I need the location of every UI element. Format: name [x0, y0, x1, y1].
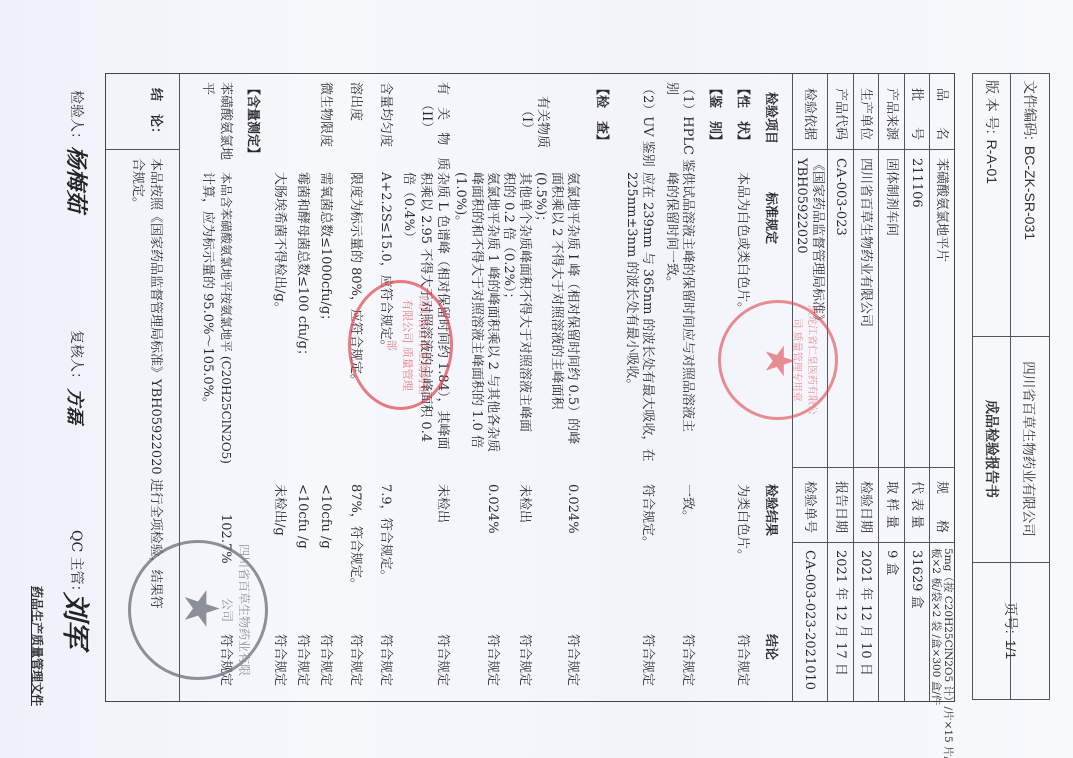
related2-label1: 有 关 物 质 [436, 82, 449, 174]
col-result: 检验结果 [764, 484, 777, 536]
assay-standard1: 本品含苯磺酸氨氯地平按氨氯地平 (C20H25ClN2O5) [220, 172, 232, 464]
rel1-std-line: 氨氯地平杂质 I 峰（相对保留时间约 0.5）的峰 [566, 172, 579, 444]
dissolution-conclusion: 符合规定 [349, 634, 362, 686]
test-date-value: 2021 年 12 月 10 日 [859, 550, 872, 676]
page-label: 页号: [1001, 602, 1021, 634]
microbial-conclusion-b: 符合规定 [296, 634, 309, 686]
rel1-std-line: (0.5%)； [534, 172, 547, 228]
related2-result: 未检出 [436, 484, 449, 523]
assay-header: 【含量测定】 [246, 82, 259, 160]
col-item: 检验项目 [764, 92, 777, 144]
product-code-label: 产品代码 [834, 88, 847, 140]
dissolution-result: 87%，符合规定。 [349, 484, 362, 591]
assay-label1: 苯磺酸氨氯地 [219, 82, 232, 160]
related1-result-a: 0.024% [566, 484, 579, 534]
scanned-document-stage: 文件编码: BC-ZK-SR-031 版 本 号: R-A-01 四川省百草生物… [0, 0, 1073, 758]
uniformity-result: 7.9，符合规定。 [379, 484, 392, 583]
assay-result: 102.7% [219, 514, 232, 564]
inspection-report-page: 文件编码: BC-ZK-SR-031 版 本 号: R-A-01 四川省百草生物… [0, 0, 1073, 758]
related1-label2: （I） [520, 104, 533, 135]
assay-conclusion: 符合规定 [219, 634, 232, 686]
rel2-std-line: 倍（0.4%） [402, 172, 415, 244]
related1-result-c: 0.024% [486, 484, 499, 534]
test-no-value: CA-003-023-2021010 [803, 550, 816, 690]
basis-line2: YBH05922020 [795, 158, 808, 254]
inspection-table: 品 名 苯磺酸氨氯地平片 规 格 5mg（按 C20H25ClN2O5 计）/片… [105, 73, 955, 702]
spec-line2: 板×2 板/袋×2 袋 /盒×300 盒/件 [931, 548, 942, 705]
identification-header: 【鉴 别】 [708, 82, 721, 147]
related2-conclusion: 符合规定 [436, 634, 449, 686]
spec-line1: 5mg（按 C20H25ClN2O5 计）/片×15 片/ [943, 548, 954, 758]
col-standard: 标准规定 [764, 192, 777, 244]
product-code-value: CA-003-023 [834, 158, 847, 236]
inspector-label: 检验人： [69, 90, 83, 146]
spec-label: 规 格 [935, 481, 948, 533]
reviewer-label: 复核人： [69, 330, 83, 386]
rel2-std-line: 杂质 L 色谱峰（相对保留时间约 1.84），其峰面 [436, 172, 449, 449]
related1-conclusion-c: 符合规定 [486, 634, 499, 686]
related2-label2: （II） [420, 98, 433, 134]
micro-std-line: 霉菌和酵母菌总数≤100 cfu/g； [296, 172, 309, 362]
source-label: 产品来源 [885, 88, 898, 140]
quantity-value: 31629 盒 [910, 550, 923, 609]
qc-label: QC 主管： [69, 530, 83, 599]
microbial-conclusion-c: 符合规定 [273, 634, 286, 686]
inspector-signature: 杨梅茹 [62, 146, 93, 212]
micro-res-line: <10cfu /g [319, 484, 332, 549]
microbial-label: 微生物限度 [319, 82, 332, 147]
hplc-result: 一致。 [681, 484, 694, 523]
dissolution-standard: 限度为标示量的 80%，应符合规定。 [349, 172, 362, 387]
check-header: 【检 查】 [595, 82, 608, 147]
appearance-result: 为类白色片。 [736, 484, 749, 562]
quantity-label: 代 表 量 [910, 481, 923, 528]
product-name-label: 品 名 [935, 88, 948, 140]
micro-res-line: 未检出/g [273, 484, 286, 536]
rel1-std-line: 氨氯地平杂质 1 峰的峰面积乘以 2 与其他各杂质 [486, 172, 499, 452]
report-date-value: 2021 年 12 月 17 日 [834, 550, 847, 676]
rel2-std-line: 积乘以 2.95 不得大于对照溶液的主峰面积 0.4 [419, 172, 432, 442]
microbial-conclusion-a: 符合规定 [319, 634, 332, 686]
conclusion-label: 结 论： [149, 88, 162, 140]
uv-result: 符合规定。 [641, 484, 654, 549]
related1-result-b: 未检出 [518, 484, 531, 523]
related1-conclusion-a: 符合规定 [566, 634, 579, 686]
hplc-standard1: 供试品溶液主峰的保留时间应与对照品溶液主 [681, 172, 694, 432]
report-date-label: 报告日期 [834, 481, 847, 533]
micro-std-line: 需氧菌总数≤1000cfu/g； [319, 172, 332, 327]
sample-value: 9 盒 [885, 550, 898, 575]
related1-conclusion-b: 符合规定 [518, 634, 531, 686]
version-label: 版 本 号: [982, 80, 1002, 134]
dissolution-label: 溶出度 [349, 82, 362, 121]
source-value: 固体制剂车间 [885, 158, 898, 236]
report-title: 成品检验报告书 [982, 400, 1002, 498]
uniformity-standard: A+2.2S≤15.0，应符合规定。 [379, 172, 392, 353]
uniformity-conclusion: 符合规定 [379, 634, 392, 686]
assay-standard2: 计算，应为标示量的 95.0%～105.0%。 [201, 172, 214, 410]
conclusion-text1: 本品按照《国家药品监督管理局标准》YBH05922020 进行全项检验，结果符 [149, 158, 162, 609]
manufacturer-label: 生产单位 [859, 88, 872, 140]
col-conclusion: 结论 [764, 634, 777, 660]
conclusion-text2: 合规定。 [131, 158, 144, 210]
basis-label: 检验依据 [803, 88, 816, 140]
rel1-std-line: (1.0%)。 [454, 172, 467, 228]
footer-note: 药品生产质量管理文件 [31, 586, 43, 706]
uv-standard1: 应在 239nm 与 365nm 的波长处有最大吸收，在 [641, 172, 654, 462]
test-no-label: 检验单号 [803, 481, 816, 533]
uniformity-label: 含量均匀度 [379, 82, 392, 147]
hplc-label1: （1）HPLC 鉴 [681, 82, 694, 172]
basis-line1: 《国家药品监督管理局标准》 [811, 158, 824, 327]
batch-number: 211106 [910, 158, 923, 208]
manufacturer-value: 四川省百草生物药业有限公司 [859, 158, 872, 327]
related1-label1: 有关物质 [536, 96, 549, 148]
doc-code: BC-ZK-SR-031 [1022, 146, 1038, 240]
report-header: 文件编码: BC-ZK-SR-031 版 本 号: R-A-01 四川省百草生物… [972, 73, 1050, 700]
uv-standard2: 225nm±3nm 的波长处有最小吸收。 [625, 172, 638, 392]
appearance-standard: 本品为白色或类白色片。 [736, 172, 749, 315]
page-number: 1/1 [1003, 640, 1019, 659]
hplc-standard2: 峰的保留时间一致。 [665, 172, 678, 289]
uv-conclusion: 符合规定 [641, 634, 654, 686]
version: R-A-01 [984, 140, 1000, 184]
test-date-label: 检验日期 [859, 481, 872, 533]
micro-res-line: <10cfu /g [296, 484, 309, 549]
reviewer-signature: 方磊 [63, 388, 89, 424]
sample-label: 取 样 量 [885, 481, 898, 528]
micro-std-line: 大肠埃希菌不得检出/g。 [273, 172, 286, 315]
uv-label: （2）UV 鉴别 [641, 82, 654, 167]
hplc-label2: 别 [665, 82, 678, 95]
qc-signature: 刘军 [57, 592, 97, 648]
rel1-std-line: 峰面积的和不得大于对照溶液主峰面积的 1.0 倍 [470, 172, 483, 448]
rel1-std-line: 积的 0.2 倍（0.2%）； [502, 172, 515, 305]
batch-label: 批 号 [910, 88, 923, 140]
assay-label2: 平 [201, 82, 214, 95]
rel1-std-line: 面积乘以 2 不得大于对照溶液的主峰面积 [550, 172, 563, 410]
product-name: 苯磺酸氨氯地平片 [935, 158, 948, 262]
company-name: 四川省百草生物药业有限公司 [1020, 361, 1040, 537]
doc-code-label: 文件编码: [1020, 80, 1040, 140]
rel1-std-line: 其他单个杂质峰面积不得大于对照溶液主峰面 [518, 172, 531, 432]
appearance-label: 【性 状】 [736, 82, 749, 147]
hplc-conclusion: 符合规定 [681, 634, 694, 686]
appearance-conclusion: 符合规定 [736, 634, 749, 686]
